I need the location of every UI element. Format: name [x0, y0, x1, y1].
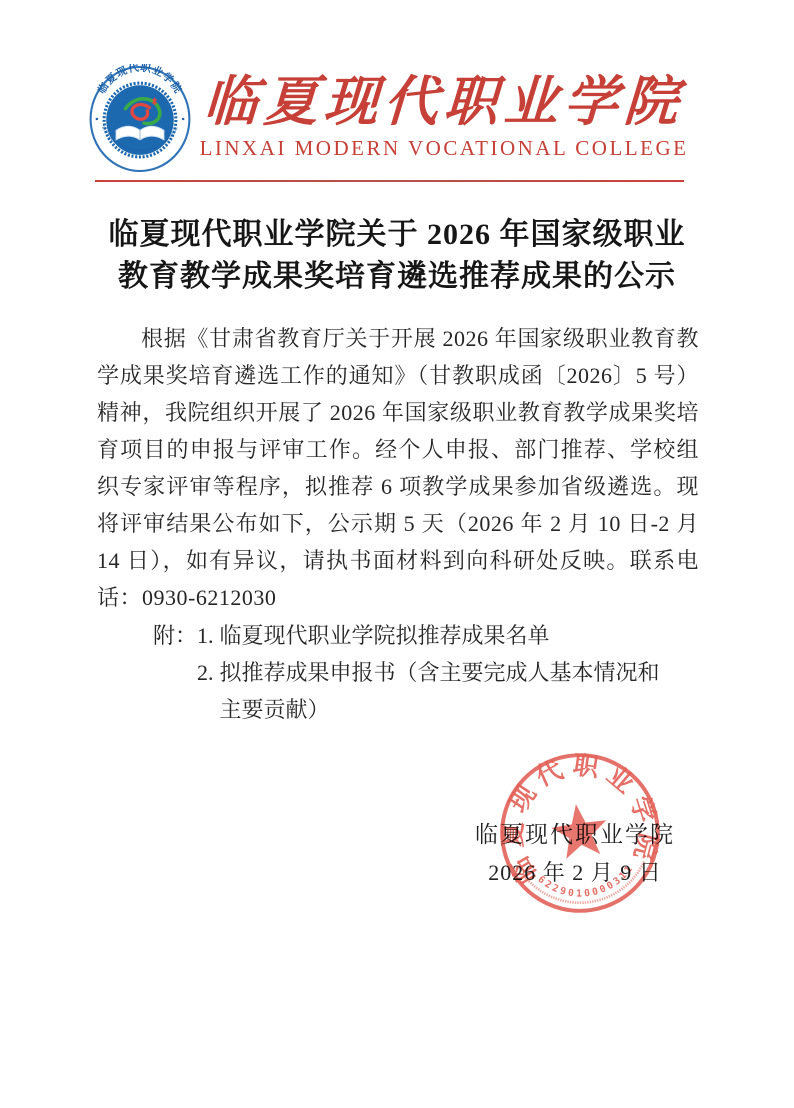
attachment-item: 1. 临夏现代职业学院拟推荐成果名单 — [197, 617, 675, 654]
seal-star-icon — [548, 800, 610, 860]
attachment-item: 2. 拟推荐成果申报书（含主要完成人基本情况和主要贡献） — [197, 654, 675, 728]
college-name-cn: 临夏现代职业学院 — [196, 70, 691, 134]
header-divider — [95, 180, 684, 182]
attachment-text: 拟推荐成果申报书（含主要完成人基本情况和主要贡献） — [220, 654, 676, 728]
attachments-list: 1. 临夏现代职业学院拟推荐成果名单 2. 拟推荐成果申报书（含主要完成人基本情… — [197, 617, 675, 728]
official-seal: 临夏现代职业学院 6229010000311 — [496, 749, 664, 917]
attachment-text: 临夏现代职业学院拟推荐成果名单 — [220, 617, 550, 654]
attachment-number: 1. — [197, 617, 220, 654]
document-title-line-2: 教育教学成果奖培育遴选推荐成果的公示 — [77, 256, 717, 298]
attachment-number: 2. — [197, 654, 220, 728]
letterhead-text: 临夏现代职业学院 LINXAI MODERN VOCATIONAL COLLEG… — [198, 70, 690, 160]
body-paragraph: 根据《甘肃省教育厅关于开展 2026 年国家级职业教育教学成果奖培育遴选工作的通… — [97, 320, 699, 616]
document-page: 临夏现代职业学院 LINXIA MODERN VOCATIONAL COLLEG… — [0, 0, 794, 1108]
document-title: 临夏现代职业学院关于 2026 年国家级职业 教育教学成果奖培育遴选推荐成果的公… — [77, 214, 717, 298]
attachments-label: 附： — [153, 617, 197, 728]
attachments-block: 附： 1. 临夏现代职业学院拟推荐成果名单 2. 拟推荐成果申报书（含主要完成人… — [153, 617, 699, 728]
college-name-en: LINXAI MODERN VOCATIONAL COLLEGE — [198, 136, 690, 160]
document-body: 根据《甘肃省教育厅关于开展 2026 年国家级职业教育教学成果奖培育遴选工作的通… — [97, 320, 699, 728]
college-logo-icon: 临夏现代职业学院 LINXIA MODERN VOCATIONAL COLLEG… — [88, 64, 192, 174]
document-title-line-1: 临夏现代职业学院关于 2026 年国家级职业 — [77, 214, 717, 256]
